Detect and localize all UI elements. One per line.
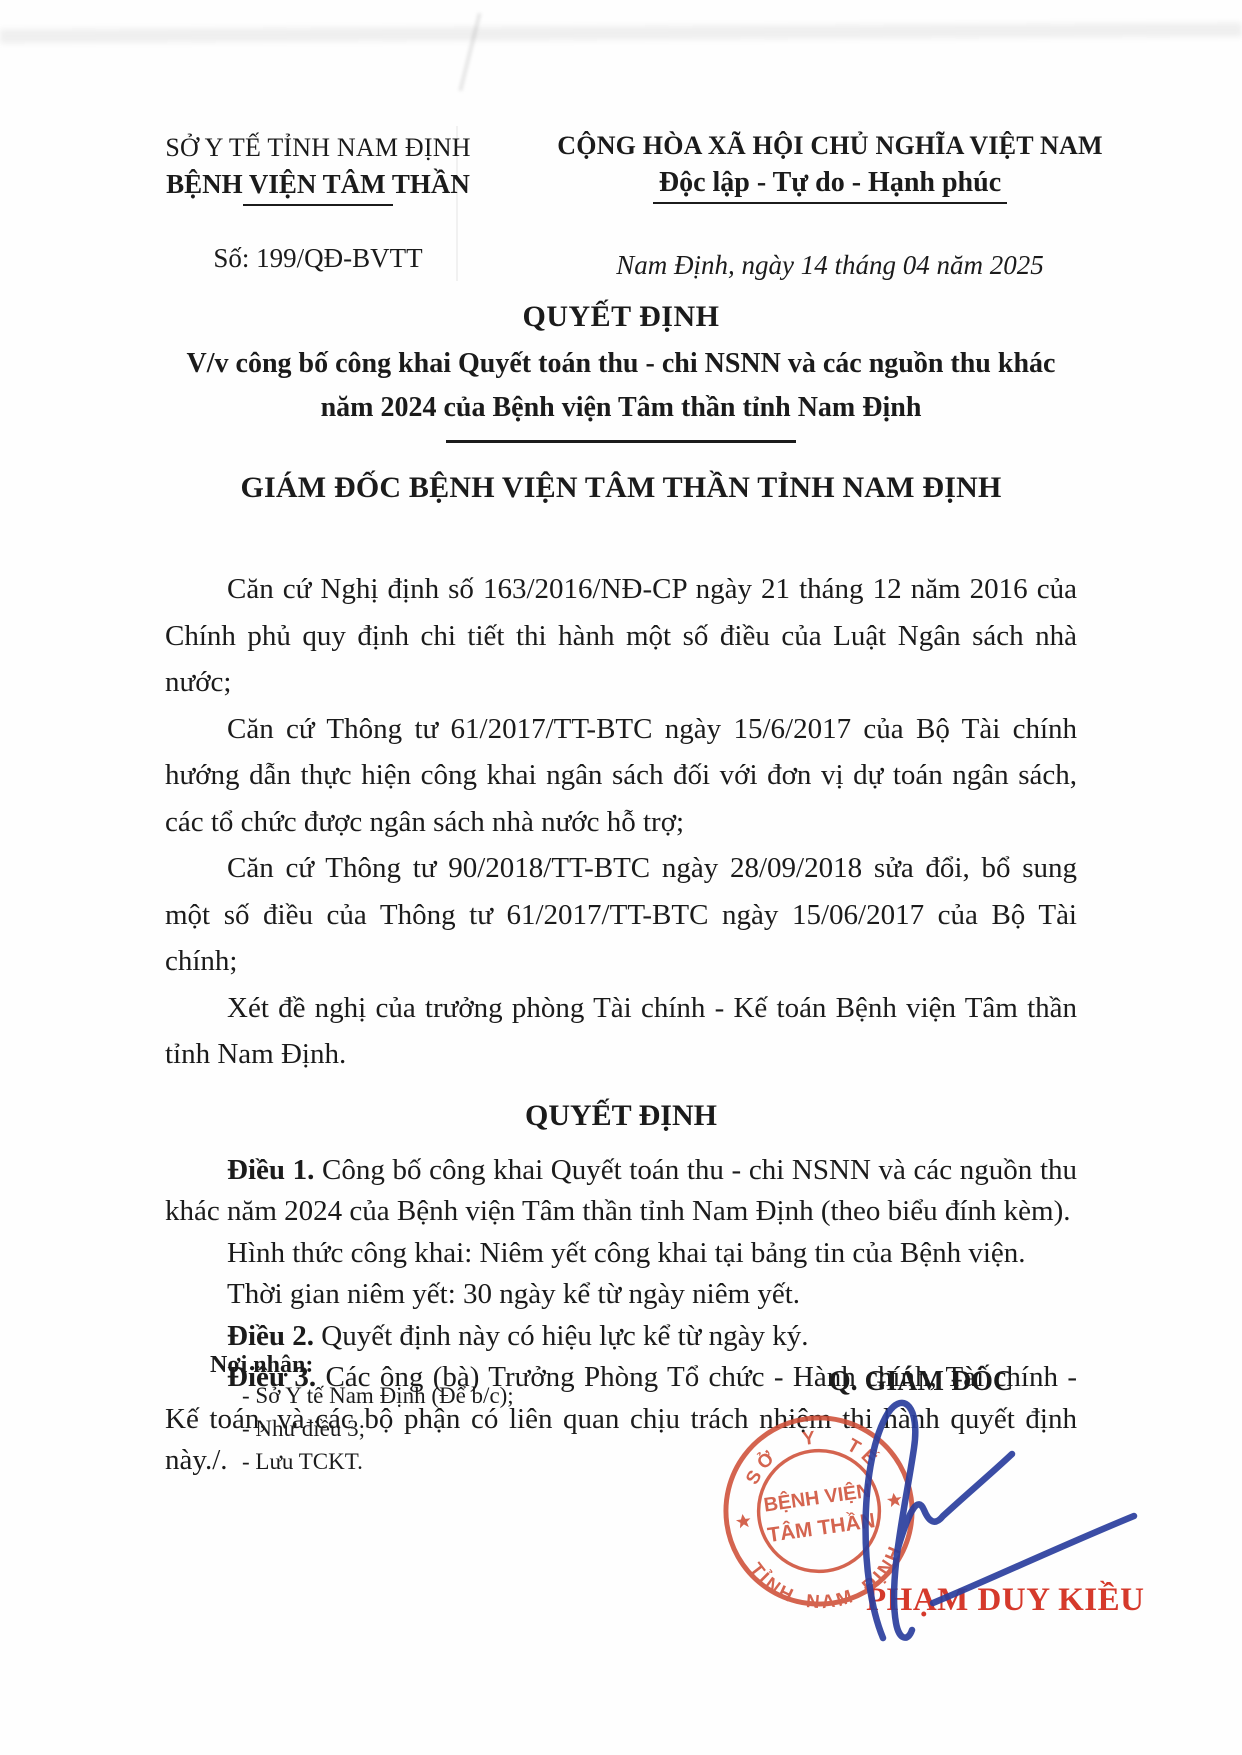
article-paragraph: Điều 2. Quyết định này có hiệu lực kể từ… (165, 1316, 1077, 1358)
issuer-title: GIÁM ĐỐC BỆNH VIỆN TÂM THẦN TỈNH NAM ĐỊN… (161, 471, 1081, 505)
country-name: CỘNG HÒA XÃ HỘI CHỦ NGHĨA VIỆT NAM (520, 131, 1140, 161)
recipients-label: Nơi nhận: (210, 1352, 630, 1379)
decision-subject: V/v công bố công khai Quyết toán thu - c… (161, 342, 1081, 430)
scanned-decision-document: SỞ Y TẾ TỈNH NAM ĐỊNH BỆNH VIỆN TÂM THẦN… (0, 0, 1242, 1755)
decision-title: QUYẾT ĐỊNH (161, 300, 1081, 334)
document-body: Căn cứ Nghị định số 163/2016/NĐ-CP ngày … (165, 566, 1077, 1482)
preamble: Căn cứ Nghị định số 163/2016/NĐ-CP ngày … (165, 566, 1077, 1078)
place-and-date: Nam Định, ngày 14 tháng 04 năm 2025 (520, 250, 1140, 281)
recipient-item: - Lưu TCKT. (242, 1445, 630, 1478)
article-text: Quyết định này có hiệu lực kể từ ngày ký… (314, 1320, 809, 1352)
article-text: Thời gian niêm yết: 30 ngày kể từ ngày n… (227, 1278, 800, 1310)
article-label: Điều 1. (227, 1154, 314, 1186)
preamble-paragraph: Căn cứ Nghị định số 163/2016/NĐ-CP ngày … (165, 566, 1077, 706)
parent-org-name: SỞ Y TẾ TỈNH NAM ĐỊNH (148, 133, 488, 163)
article-paragraph: Điều 1. Công bố công khai Quyết toán thu… (165, 1150, 1077, 1233)
scan-artifact-diagonal-streak (458, 13, 481, 92)
subject-line-1: V/v công bố công khai Quyết toán thu - c… (161, 342, 1081, 386)
org-name: BỆNH VIỆN TÂM THẦN (148, 169, 488, 200)
national-header-block: CỘNG HÒA XÃ HỘI CHỦ NGHĨA VIỆT NAM Độc l… (520, 131, 1140, 204)
document-number: Số: 199/QĐ-BVTT (148, 243, 488, 274)
preamble-paragraph: Căn cứ Thông tư 61/2017/TT-BTC ngày 15/6… (165, 706, 1077, 846)
article-label: Điều 2. (227, 1320, 314, 1352)
preamble-paragraph: Xét đề nghị của trưởng phòng Tài chính -… (165, 985, 1077, 1078)
article-paragraph: Hình thức công khai: Niêm yết công khai … (165, 1233, 1077, 1275)
national-motto: Độc lập - Tự do - Hạnh phúc (653, 167, 1007, 204)
issuing-org-block: SỞ Y TẾ TỈNH NAM ĐỊNH BỆNH VIỆN TÂM THẦN (148, 133, 488, 206)
org-name-underline (243, 204, 393, 206)
decision-heading: QUYẾT ĐỊNH (165, 1094, 1077, 1138)
subject-separator-line (446, 440, 796, 443)
recipient-item: - Sở Y tế Nam Định (Để b/c); (242, 1379, 630, 1412)
stamp-star-left-icon (735, 1513, 751, 1529)
preamble-paragraph: Căn cứ Thông tư 90/2018/TT-BTC ngày 28/0… (165, 845, 1077, 985)
article-text: Hình thức công khai: Niêm yết công khai … (227, 1237, 1026, 1269)
scan-artifact-top-band (0, 23, 1242, 44)
signature-stroke-zigzag (898, 1454, 1012, 1548)
title-block: QUYẾT ĐỊNH V/v công bố công khai Quyết t… (161, 300, 1081, 505)
recipients-block: Nơi nhận: - Sở Y tế Nam Định (Để b/c); -… (210, 1352, 630, 1478)
subject-line-2: năm 2024 của Bệnh viện Tâm thần tỉnh Nam… (161, 386, 1081, 430)
signature-stroke-flourish (933, 1516, 1134, 1603)
recipient-item: - Như điều 3; (242, 1412, 630, 1445)
article-paragraph: Thời gian niêm yết: 30 ngày kể từ ngày n… (165, 1274, 1077, 1316)
handwritten-signature (838, 1388, 1148, 1648)
